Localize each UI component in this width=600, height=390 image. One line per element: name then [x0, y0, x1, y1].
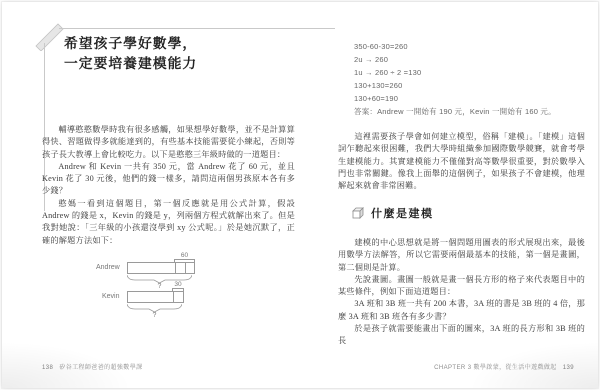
andrew-spent-value: 60 — [174, 252, 195, 259]
paragraph-modeling-intro: 這裡需要孩子學會如何建立模型，俗稱「建模」。「建模」這個詞乍聽起來很困難，我們大… — [338, 131, 585, 192]
paragraph-modeling-idea: 建模的中心思想就是將一個問題用圖表的形式展現出來，最後用數學方法解答，所以它需要… — [338, 237, 585, 274]
equation-line: 350-60-30=260 — [354, 40, 586, 53]
kevin-total-question: ? — [127, 312, 182, 319]
andrew-bar-divider — [185, 263, 186, 273]
book-spread: 希望孩子學好數學， 一定要培養建模能力 輔導憨憨數學時我有很多感觸，如果想學好數… — [2, 2, 598, 388]
right-body-text-top: 這裡需要孩子學會如何建立模型，俗稱「建模」。「建模」這個詞乍聽起來很困難，我們大… — [338, 131, 585, 192]
andrew-bar — [127, 262, 195, 274]
folded-corner-icon — [31, 15, 67, 51]
section-heading: 什麼是建模 — [352, 205, 434, 221]
left-body-text: 輔導憨憨數學時我有很多感觸，如果想學好數學，並不是計算算得快、習題做得多就能達到… — [42, 124, 295, 247]
page-title: 希望孩子學好數學， 一定要培養建模能力 — [64, 34, 324, 74]
equation-line: 2u → 260 — [354, 53, 586, 66]
paragraph-draw-figure: 於是孩子就需要能畫出下面的圖來，3A 班的長方形和 3B 班的長 — [338, 323, 585, 348]
kevin-underbrace — [127, 304, 182, 312]
paragraph-problem: Andrew 和 Kevin 一共有 350 元，當 Andrew 花了 60 … — [42, 161, 295, 198]
left-footer: 138 矽谷工程師爸爸的超強數學課 — [38, 362, 143, 371]
paragraph-mom-reaction: 憨媽一看到這個題目，第一個反應就是用公式計算，假設 Andrew 的錢是 x，K… — [42, 198, 295, 247]
paragraph-class-problem: 3A 班和 3B 班一共有 200 本書，3A 班的書是 3B 班的 4 倍，那… — [338, 298, 585, 323]
title-frame-top-line — [59, 28, 335, 29]
right-body-text-bottom: 建模的中心思想就是將一個問題用圖表的形式展現出來，最後用數學方法解答，所以它需要… — [338, 237, 585, 348]
section-heading-label: 什麼是建模 — [371, 205, 434, 221]
andrew-bar-divider — [175, 263, 176, 273]
equation-line: 130+130=260 — [354, 79, 586, 92]
kevin-spent-value: 30 — [172, 281, 184, 288]
andrew-label: Andrew — [96, 264, 120, 271]
left-page-number: 138 — [42, 365, 53, 371]
page-title-line1: 希望孩子學好數學， — [64, 34, 324, 54]
kevin-bar-divider — [173, 292, 174, 302]
equation-line: 1u → 260 ÷ 2 =130 — [354, 66, 586, 79]
paragraph-drawing: 先說畫圖。畫圖一般就是畫一個長方形的格子來代表題目中的某些條件，例如下面這道題目… — [338, 274, 585, 299]
paragraph-intro: 輔導憨憨數學時我有很多感觸，如果想學好數學，並不是計算算得快、習題做得多就能達到… — [42, 124, 295, 161]
chapter-running-head: CHAPTER 3 數學啟蒙，從生活中遊戲做起 — [434, 365, 557, 371]
page-title-line2: 一定要培養建模能力 — [64, 54, 324, 74]
solution-equations: 350-60-30=260 2u → 260 1u → 260 ÷ 2 =130… — [354, 40, 586, 118]
cube-icon — [352, 207, 364, 219]
equation-answer-line: 答案：Andrew 一開始有 190 元，Kevin 一開始有 160 元。 — [354, 105, 586, 118]
kevin-bar — [127, 291, 184, 303]
bar-model-diagram: 60 Andrew ? 30 Kevin ? — [42, 248, 295, 324]
right-footer: CHAPTER 3 數學啟蒙，從生活中遊戲做起 139 — [302, 362, 578, 371]
equation-line: 130+60=190 — [354, 92, 586, 105]
right-page-number: 139 — [563, 365, 574, 371]
kevin-label: Kevin — [102, 293, 120, 300]
book-title-running-head: 矽谷工程師爸爸的超強數學課 — [59, 365, 142, 371]
